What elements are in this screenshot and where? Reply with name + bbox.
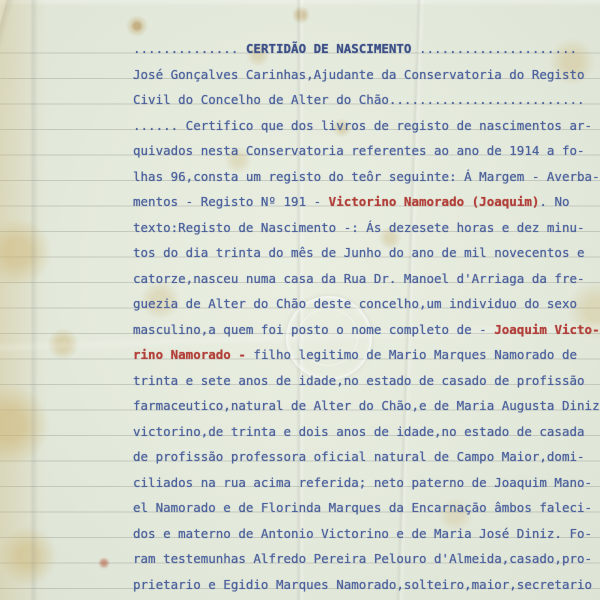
blue-ink-text: de profissão professora oficial natural … [133,449,585,464]
document-line: farmaceutico,natural de Alter do Chão,e … [133,393,600,419]
document-line: ciliados na rua acima referida; neto pat… [133,470,600,496]
blue-ink-text: catorze,nasceu numa casa da Rua Dr. Mano… [133,271,585,286]
red-ink-text: Victorino Namorado (Joaquim) [329,194,540,209]
document-line: el Namorado e de Florinda Marques da Enc… [133,495,600,521]
blue-ink-text: lhas 96,consta um registo do teôr seguin… [133,169,600,184]
document-line: masculino,a quem foi posto o nome comple… [133,317,600,343]
blue-ink-text: .............. [133,41,246,56]
blue-ink-text: texto:Registo de Nascimento -: Ás dezese… [133,220,585,235]
blue-ink-text: el Namorado e de Florinda Marques da Enc… [133,500,592,515]
document-line: ...... Certifico que dos livros de regis… [133,113,600,139]
blue-ink-text: masculino,a quem foi posto o nome comple… [133,322,494,337]
document-line: Civil do Concelho de Alter do Chão......… [133,87,600,113]
blue-ink-text: prietario e Egidio Marques Namorado,solt… [133,577,592,592]
document-line: dos e materno de Antonio Victorino e de … [133,521,600,547]
document-line: quivados nesta Conservatoria referentes … [133,138,600,164]
blue-ink-text: victorino,de trinta e dois anos de idade… [133,424,585,439]
document-line: guezia de Alter do Chão deste concelho,u… [133,291,600,317]
blue-ink-text: farmaceutico,natural de Alter do Chão,e … [133,398,600,413]
document-line: trinta e sete anos de idade,no estado de… [133,368,600,394]
document-line: rino Namorado - filho legitimo de Mario … [133,342,600,368]
document-line: de profissão professora oficial natural … [133,444,600,470]
blue-ink-text: dos e materno de Antonio Victorino e de … [133,526,592,541]
blue-ink-text: ciliados na rua acima referida; neto pat… [133,475,592,490]
blue-ink-text: ..................... [411,41,577,56]
blue-ink-text: CERTIDÃO DE NASCIMENTO [246,41,412,56]
document-line: prietario e Egidio Marques Namorado,solt… [133,572,600,598]
document-title-line: .............. CERTIDÃO DE NASCIMENTO ..… [133,36,600,62]
blue-ink-text: tos do dia trinta do mês de Junho do ano… [133,245,585,260]
blue-ink-text: guezia de Alter do Chão deste concelho,u… [133,296,577,311]
document-text: .............. CERTIDÃO DE NASCIMENTO ..… [133,36,600,597]
document-line: José Gonçalves Carinhas,Ajudante da Cons… [133,62,600,88]
blue-ink-text: filho legitimo de Mario Marques Namorado… [246,347,577,362]
blue-ink-text: José Gonçalves Carinhas,Ajudante da Cons… [133,67,585,82]
blue-ink-text: mentos - Registo Nº 191 - [133,194,329,209]
blue-ink-text: . No [539,194,569,209]
blue-ink-text: Civil do Concelho de Alter do Chão......… [133,92,585,107]
document-line: lhas 96,consta um registo do teôr seguin… [133,164,600,190]
document-line: texto:Registo de Nascimento -: Ás dezese… [133,215,600,241]
document-line: catorze,nasceu numa casa da Rua Dr. Mano… [133,266,600,292]
aged-paper-sheet: .............. CERTIDÃO DE NASCIMENTO ..… [0,0,600,600]
red-ink-text: rino Namorado - [133,347,246,362]
blue-ink-text: trinta e sete anos de idade,no estado de… [133,373,585,388]
document-line: mentos - Registo Nº 191 - Victorino Namo… [133,189,600,215]
document-line: victorino,de trinta e dois anos de idade… [133,419,600,445]
blue-ink-text: quivados nesta Conservatoria referentes … [133,143,585,158]
document-line: tos do dia trinta do mês de Junho do ano… [133,240,600,266]
blue-ink-text: ram testemunhas Alfredo Pereira Pelouro … [133,551,592,566]
red-ink-text: Joaquim Victo- [494,322,599,337]
blue-ink-text: ...... Certifico que dos livros de regis… [133,118,592,133]
document-line: ram testemunhas Alfredo Pereira Pelouro … [133,546,600,572]
